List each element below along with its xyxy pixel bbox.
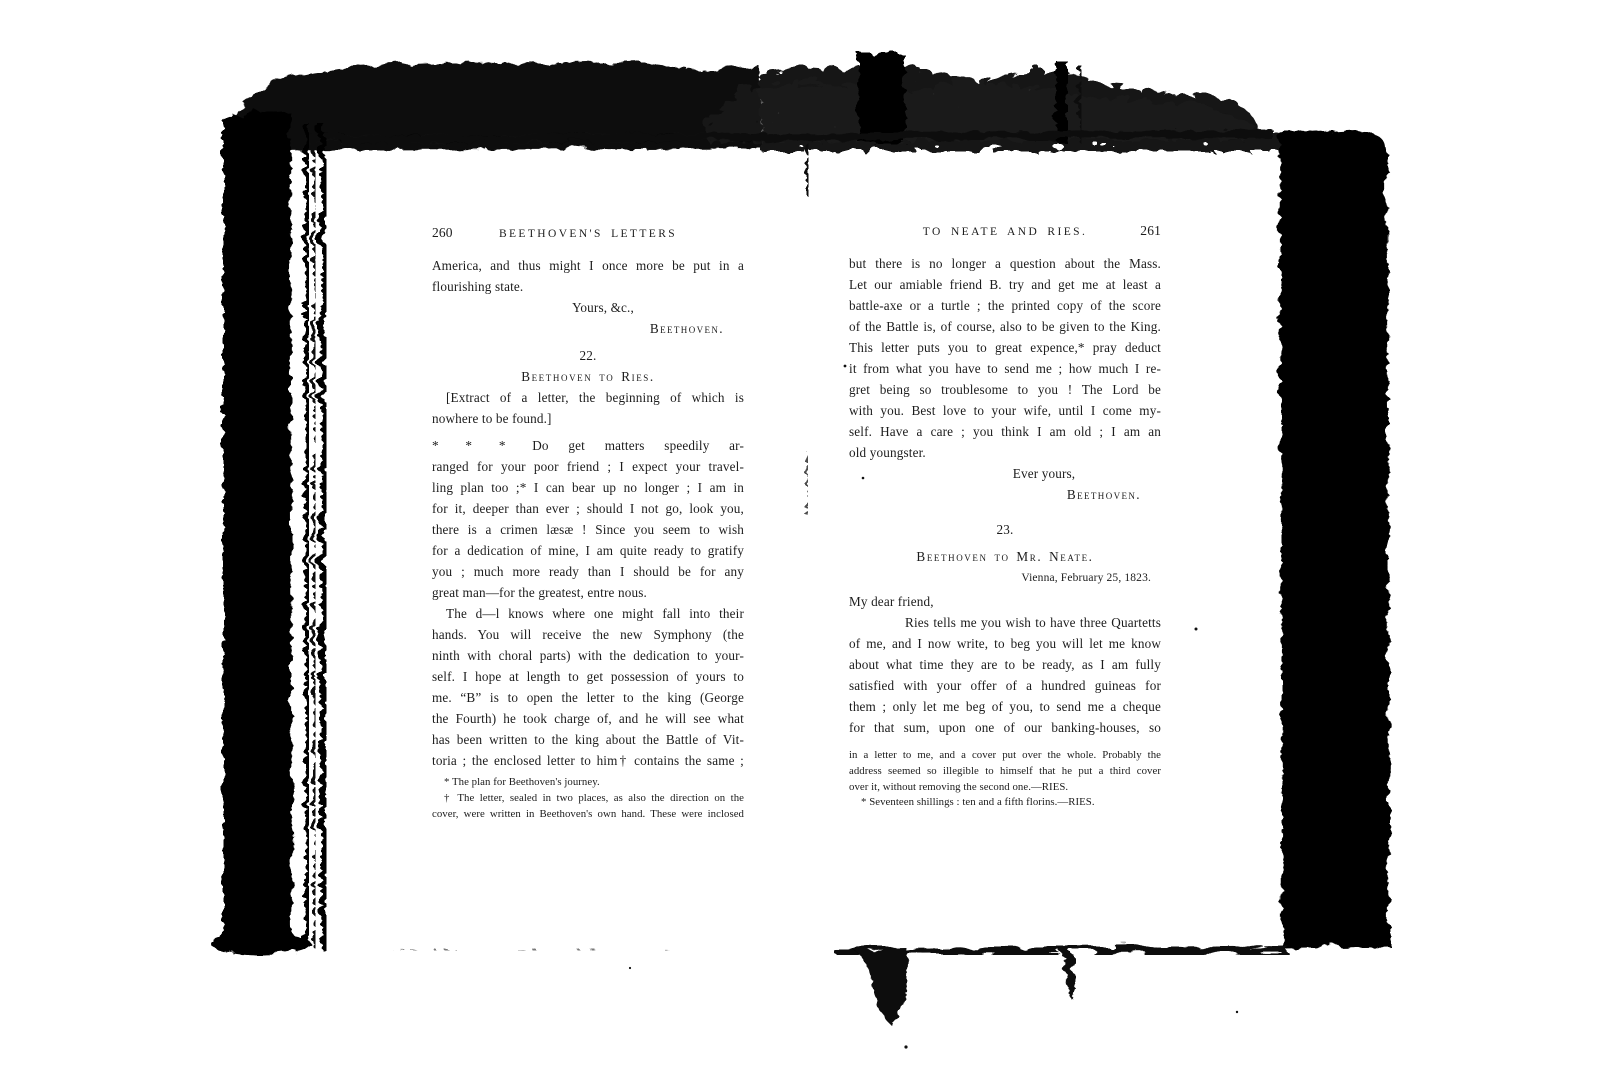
text-line: of me, and I now write, to beg you will …	[849, 633, 1161, 654]
text-line: satisfied with your offer of a hundred g…	[849, 675, 1161, 696]
text-line: me. “B” is to open the letter to the kin…	[432, 687, 744, 708]
text-line: flourishing state.	[432, 276, 744, 297]
book-scan-spread: 260 BEETHOVEN'S LETTERS America, and thu…	[0, 0, 1600, 1088]
valediction: Yours, &c.,	[432, 297, 744, 318]
footnote-star: * The plan for Beethoven's journey.	[432, 775, 744, 791]
text-line: Let our amiable friend B. try and get me…	[849, 274, 1161, 295]
text-line: for that sum, upon one of our banking-ho…	[849, 717, 1161, 738]
right-footnotes: in a letter to me, and a cover put over …	[849, 748, 1161, 811]
left-running-head-title: BEETHOVEN'S LETTERS	[474, 224, 702, 245]
section-number: 22.	[432, 345, 744, 366]
text-line: battle-axe or a turtle ; the printed cop…	[849, 295, 1161, 316]
text-line: * * * Do get matters speedily ar-	[432, 435, 744, 456]
text-line: America, and thus might I once more be p…	[432, 255, 744, 276]
signature: Beethoven.	[849, 484, 1161, 505]
text-line: address seemed so illegible to himself t…	[849, 764, 1161, 780]
section-title: Beethoven to Mr. Neate.	[849, 546, 1161, 567]
footnote-star: * Seventeen shillings : ten and a fifth …	[849, 795, 1161, 811]
scan-ink-artifacts	[0, 0, 1600, 1088]
text-line: has been written to the king about the B…	[432, 729, 744, 750]
text-line: toria ; the enclosed letter to him† cont…	[432, 750, 744, 771]
text-line: cover, were written in Beethoven's own h…	[432, 807, 744, 823]
text-line: of the Battle is, of course, also to be …	[849, 316, 1161, 337]
text-line: there is a crimen læsæ ! Since you seem …	[432, 519, 744, 540]
spine-marks	[803, 135, 807, 514]
text-line: The d—l knows where one might fall into …	[432, 603, 744, 624]
left-page: 260 BEETHOVEN'S LETTERS America, and thu…	[432, 222, 744, 822]
right-running-head-title: TO NEATE AND RIES.	[891, 222, 1119, 243]
text-line: ranged for your poor friend ; I expect y…	[432, 456, 744, 477]
text-line: them ; only let me beg of you, to send m…	[849, 696, 1161, 717]
text-line: for it, deeper than ever ; should I not …	[432, 498, 744, 519]
text-line: with you. Best love to your wife, until …	[849, 400, 1161, 421]
book-bottom-edge	[312, 942, 1285, 1022]
text-line: [Extract of a letter, the beginning of w…	[432, 387, 744, 408]
text-line: self. I hope at length to get possession…	[432, 666, 744, 687]
text-line: Ries tells me you wish to have three Qua…	[849, 612, 1161, 633]
section-title: Beethoven to Ries.	[432, 366, 744, 387]
text-line: nowhere to be found.]	[432, 408, 744, 429]
text-line: old youngster.	[849, 442, 1161, 463]
salutation: My dear friend,	[849, 591, 1161, 612]
text-line: over it, without removing the second one…	[849, 780, 1161, 796]
text-line: you ; much more ready than I should be f…	[432, 561, 744, 582]
left-page-number: 260	[432, 222, 474, 243]
right-running-head: TO NEATE AND RIES. 261	[849, 220, 1161, 236]
text-line: This letter puts you to great expence,* …	[849, 337, 1161, 358]
text-line: * Seventeen shillings : ten and a fifth …	[849, 795, 1161, 811]
left-footnotes: * The plan for Beethoven's journey. † Th…	[432, 775, 744, 822]
text-line: hands. You will receive the new Symphony…	[432, 624, 744, 645]
text-line: ninth with choral parts) with the dedica…	[432, 645, 744, 666]
text-line: it from what you have to send me ; how m…	[849, 358, 1161, 379]
ink-top-band	[232, 52, 1286, 148]
text-line: about what time they are to be ready, as…	[849, 654, 1161, 675]
text-line: for a dedication of mine, I am quite rea…	[432, 540, 744, 561]
section-number: 23.	[849, 519, 1161, 540]
footnote-continuation: in a letter to me, and a cover put over …	[849, 748, 1161, 795]
letter-continuation-paragraph: America, and thus might I once more be p…	[432, 255, 744, 297]
text-line: in a letter to me, and a cover put over …	[849, 748, 1161, 764]
dateline: Vienna, February 25, 1823.	[849, 570, 1161, 587]
letter-paragraph: * * * Do get matters speedily ar-ranged …	[432, 435, 744, 603]
right-page: TO NEATE AND RIES. 261 but there is no l…	[849, 220, 1161, 811]
right-page-number: 261	[1119, 220, 1161, 241]
book-left-edge	[208, 105, 347, 952]
left-running-head: 260 BEETHOVEN'S LETTERS	[432, 222, 744, 238]
editor-note: [Extract of a letter, the beginning of w…	[432, 387, 744, 429]
footnote-dagger: † The letter, sealed in two places, as a…	[432, 791, 744, 823]
text-line: but there is no longer a question about …	[849, 253, 1161, 274]
letter-continuation-paragraph: but there is no longer a question about …	[849, 253, 1161, 463]
text-line: gret being so troublesome to you ! The L…	[849, 379, 1161, 400]
letter-paragraph: Ries tells me you wish to have three Qua…	[849, 612, 1161, 738]
text-line: † The letter, sealed in two places, as a…	[432, 791, 744, 807]
text-line: * The plan for Beethoven's journey.	[432, 775, 744, 791]
text-line: ling plan too ;* I can bear up no longer…	[432, 477, 744, 498]
text-line: self. Have a care ; you think I am old ;…	[849, 421, 1161, 442]
text-line: great man—for the greatest, entre nous.	[432, 582, 744, 603]
valediction: Ever yours,	[849, 463, 1161, 484]
book-right-edge	[1277, 127, 1388, 946]
text-line: the Fourth) he took charge of, and he wi…	[432, 708, 744, 729]
signature: Beethoven.	[432, 318, 744, 339]
letter-paragraph: The d—l knows where one might fall into …	[432, 603, 744, 771]
